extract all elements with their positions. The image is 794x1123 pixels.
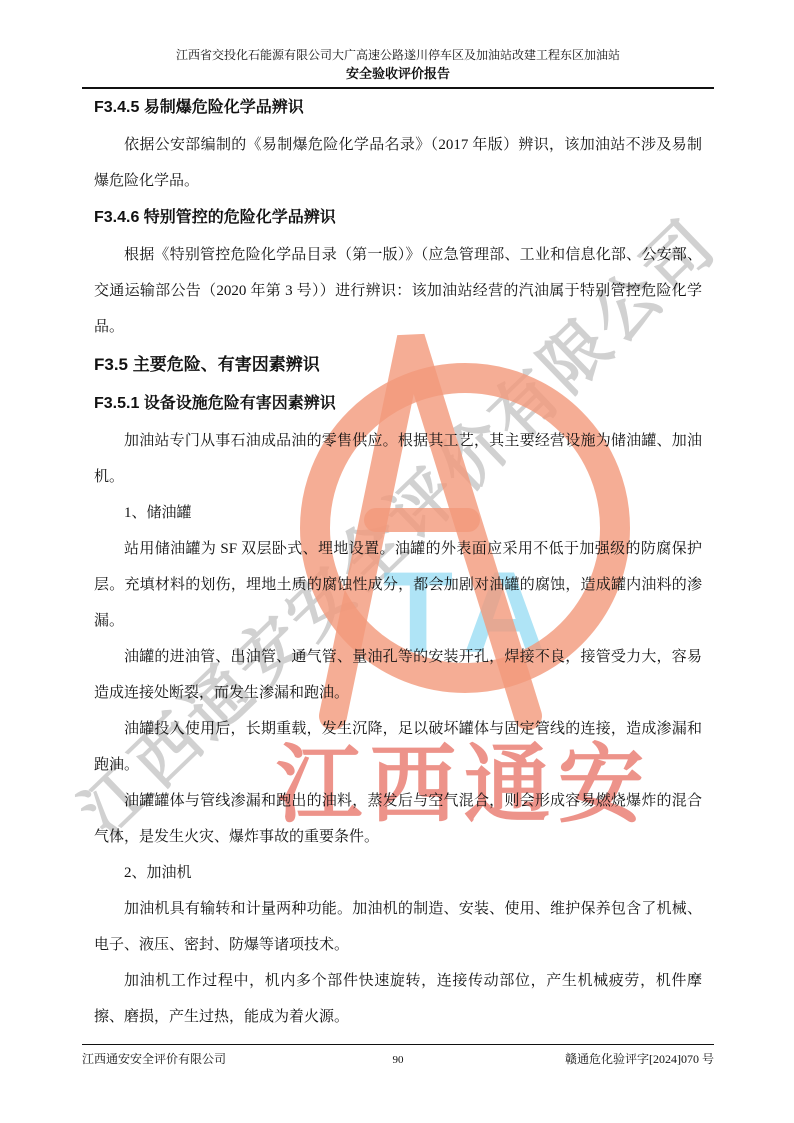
paragraph: 加油站专门从事石油成品油的零售供应。根据其工艺，其主要经营设施为储油罐、加油机。 (94, 423, 702, 495)
footer-doc-number: 赣通危化验评字[2024]070 号 (404, 1050, 715, 1067)
paragraph: 站用储油罐为 SF 双层卧式、埋地设置。油罐的外表面应采用不低于加强级的防腐保护… (94, 531, 702, 639)
document-blocks: F3.4.5 易制爆危险化学品辨识 依据公安部编制的《易制爆危险化学品名录》（2… (94, 91, 702, 1035)
page-footer: 江西通安安全评价有限公司 90 赣通危化验评字[2024]070 号 (82, 1044, 714, 1067)
list-item: 1、储油罐 (94, 495, 702, 531)
section-heading: F3.4.6 特别管控的危险化学品辨识 (94, 201, 702, 235)
paragraph: 油罐罐体与管线渗漏和跑出的油料，蒸发后与空气混合，则会形成容易燃烧爆炸的混合气体… (94, 783, 702, 855)
list-item: 2、加油机 (94, 855, 702, 891)
page-body: 江西省交投化石能源有限公司大广高速公路遂川停车区及加油站改建工程东区加油站 安全… (94, 46, 702, 1035)
report-page: { "header": { "line1": "江西省交投化石能源有限公司大广高… (0, 0, 794, 1123)
footer-rule (82, 1044, 714, 1045)
header-rule (82, 87, 714, 89)
paragraph: 加油机具有输转和计量两种功能。加油机的制造、安装、使用、维护保养包含了机械、电子… (94, 891, 702, 963)
paragraph: 依据公安部编制的《易制爆危险化学品名录》（2017 年版）辨识，该加油站不涉及易… (94, 127, 702, 199)
section-heading: F3.5.1 设备设施危险有害因素辨识 (94, 387, 702, 421)
paragraph: 根据《特别管控危险化学品目录（第一版）》（应急管理部、工业和信息化部、公安部、交… (94, 237, 702, 345)
footer-company: 江西通安安全评价有限公司 (82, 1050, 393, 1067)
footer-page-number: 90 (393, 1054, 404, 1066)
paragraph: 油罐投入使用后，长期重载，发生沉降，足以破坏罐体与固定管线的连接，造成渗漏和跑油… (94, 711, 702, 783)
section-heading: F3.4.5 易制爆危险化学品辨识 (94, 91, 702, 125)
paragraph: 油罐的进油管、出油管、通气管、量油孔等的安装开孔，焊接不良，接管受力大，容易造成… (94, 639, 702, 711)
section-heading: F3.5 主要危险、有害因素辨识 (94, 345, 702, 385)
header-report-title: 安全验收评价报告 (94, 64, 702, 83)
header-project-title: 江西省交投化石能源有限公司大广高速公路遂川停车区及加油站改建工程东区加油站 (94, 46, 702, 64)
paragraph: 加油机工作过程中，机内多个部件快速旋转，连接传动部位，产生机械疲劳，机件摩擦、磨… (94, 963, 702, 1035)
